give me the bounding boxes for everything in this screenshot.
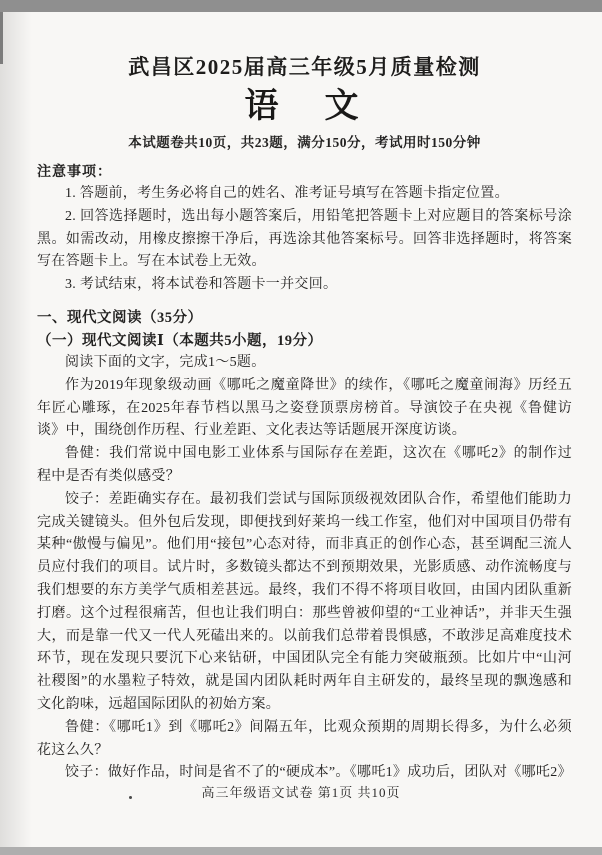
page-footer: 高三年级语文试卷 第1页 共10页 (0, 784, 602, 801)
scanned-exam-page: 武昌区2025届高三年级5月质量检测 语 文 本试题卷共10页，共23题，满分1… (0, 0, 602, 855)
passage-paragraph: 鲁健：《哪吒1》到《哪吒2》间隔五年，比观众预期的周期长得多，为什么必须花这么久… (37, 717, 572, 763)
passage-paragraph: 作为2019年现象级动画《哪吒之魔童降世》的续作，《哪吒之魔童闹海》历经五年匠心… (37, 375, 572, 443)
scan-border-bottom (0, 847, 602, 855)
scan-border-top (0, 0, 602, 12)
passage-paragraph: 鲁健：我们常说中国电影工业体系与国际存在差距，这次在《哪吒2》的制作过程中是否有… (37, 443, 572, 489)
reading-instruction: 阅读下面的文字，完成1～5题。 (37, 352, 572, 375)
exam-title: 武昌区2025届高三年级5月质量检测 (37, 54, 572, 80)
passage-paragraph: 饺子：做好作品，时间是省不了的“硬成本”。《哪吒1》成功后，团队对《哪吒2》 (37, 762, 572, 785)
exam-info-line: 本试题卷共10页，共23题，满分150分，考试用时150分钟 (37, 134, 572, 152)
notice-heading: 注意事项： (37, 162, 572, 183)
passage-paragraph: 饺子：差距确实存在。最初我们尝试与国际顶级视效团队合作，希望他们能助力完成关键镜… (37, 489, 572, 717)
notice-item: 1. 答题前，考生务必将自己的姓名、准考证号填写在答题卡指定位置。 (37, 183, 572, 206)
exam-subject: 语 文 (37, 87, 572, 127)
section-heading-modern-reading: 一、现代文阅读（35分） (37, 308, 572, 329)
page-content: 武昌区2025届高三年级5月质量检测 语 文 本试题卷共10页，共23题，满分1… (0, 12, 602, 785)
notice-item: 2. 回答选择题时，选出每小题答案后，用铅笔把答题卡上对应题目的答案标号涂黑。如… (37, 206, 572, 274)
subsection-heading-reading-one: （一）现代文阅读Ⅰ（本题共5小题，19分） (37, 331, 572, 352)
notice-item: 3. 考试结束，将本试卷和答题卡一并交回。 (37, 274, 572, 297)
